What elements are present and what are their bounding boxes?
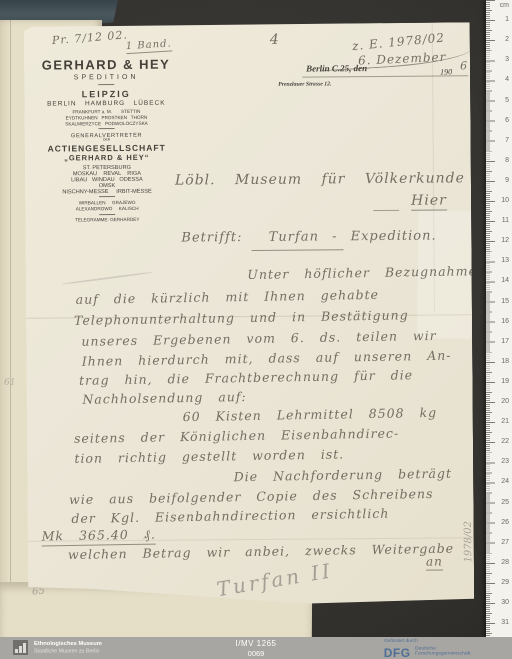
ruler-number: 20: [501, 398, 509, 405]
ruler-number: 19: [501, 378, 509, 385]
handwriting-line: Unter höflicher Bezugnahme: [247, 263, 477, 282]
ruler-number: 28: [501, 559, 509, 566]
ruler-number: 2: [505, 36, 509, 43]
ruler-number: 13: [501, 257, 509, 264]
ruler-number: 21: [501, 418, 509, 425]
ruler-number: 11: [502, 217, 509, 224]
ruler-number: 18: [501, 358, 509, 365]
ruler-number: 24: [501, 478, 509, 485]
handwriting-line: auf die kürzlich mit Ihnen gehabte: [76, 287, 380, 307]
handwriting-line: Nachholsendung auf:: [82, 389, 247, 407]
ruler-number: 14: [501, 277, 509, 284]
shelfmark-block: I/MV 1265 0069: [236, 639, 277, 658]
handwriting-line: Telephonunterhaltung und in Bestätigung: [74, 307, 409, 328]
ruler-number: 7: [505, 137, 509, 144]
museum-name-line1: Ethnologisches Museum: [34, 640, 105, 647]
ruler-number: 25: [501, 499, 509, 506]
funder-name-line2: Forschungsgemeinschaft: [415, 651, 470, 656]
handwriting-line: der Kgl. Eisenbahndirection ersichtlich: [71, 506, 389, 526]
ruler-number: 5: [505, 97, 509, 104]
shelfmark: I/MV 1265: [236, 639, 277, 648]
handwriting-line: tion richtig gestellt worden ist.: [74, 446, 344, 465]
museum-name: Ethnologisches Museum Staatliche Museen …: [34, 640, 133, 657]
handwriting-line: unseres Ergebenen vom 6. ds. teilen wir: [81, 328, 436, 349]
ruler-number: 12: [501, 237, 509, 244]
funder-caption: Gefördert durch: [384, 638, 456, 643]
letter-sheet: Pr. 7/12 02. 1 Band. 4 z. E. 1978/02 GER…: [24, 22, 475, 605]
ruler-number: 27: [501, 539, 509, 546]
ruler-number: 23: [501, 458, 509, 465]
ruler-number: 6: [505, 117, 509, 124]
ruler-ticks-cm: [486, 0, 495, 637]
ruler-number: 26: [501, 519, 509, 526]
ruler-number: 8: [505, 157, 509, 164]
ruler-number: 15: [501, 298, 509, 305]
ruler-unit-label: cm: [500, 2, 509, 9]
handwriting-line: 60 Kisten Lehrmittel 8508 kg: [183, 405, 438, 424]
funder-name: Deutsche Forschungsgemeinschaft: [415, 646, 504, 659]
handwriting-line: Mk 365.40 ₰.: [42, 527, 157, 547]
museum-logo-glyph: [15, 642, 26, 653]
body-lines: Unter höflicher Bezugnahmeauf die kürzli…: [21, 20, 477, 607]
ruler-number: 4: [505, 76, 509, 83]
handwriting-line: seitens der Königlichen Eisenbahndirec-: [74, 426, 399, 446]
image-number: 0069: [236, 649, 277, 658]
ruler-number: 16: [501, 318, 509, 325]
handwriting-line: Ihnen hierdurch mit, dass auf unseren An…: [82, 348, 452, 369]
ruler-number: 22: [501, 438, 509, 445]
ruler-number: 3: [505, 56, 509, 63]
page-edge-line: [10, 20, 11, 637]
ruler-number: 17: [501, 338, 509, 345]
handwriting-line: Die Nachforderung beträgt: [234, 466, 453, 485]
side-file-number: 1978/02: [463, 521, 474, 563]
ruler-number: 1: [505, 16, 509, 23]
handwriting-line: trag hin, die Frachtberechnung für die: [79, 367, 413, 388]
funder-block: Gefördert durch DFG Deutsche Forschungsg…: [384, 638, 504, 659]
dfg-logo: DFG: [384, 646, 411, 659]
ruler-number: 29: [501, 579, 509, 586]
ruler-number: 9: [505, 177, 509, 184]
ruler-number: 31: [501, 619, 509, 626]
ruler: cm 1234567891011121314151617181920212223…: [486, 0, 512, 637]
pencil-note-left: 61: [4, 378, 15, 388]
continuation-word: an: [426, 554, 443, 570]
museum-logo: [13, 640, 28, 655]
ruler-number: 10: [501, 197, 509, 204]
archive-footer-bar: Ethnologisches Museum Staatliche Museen …: [0, 637, 512, 659]
photo-background: 61 65 Pr. 7/12 02. 1 Band. 4 z. E. 1978/…: [0, 0, 512, 659]
museum-name-line2: Staatliche Museen zu Berlin: [34, 648, 99, 654]
handwriting-line: wie aus beifolgender Copie des Schreiben…: [69, 486, 434, 507]
ruler-number: 30: [501, 599, 509, 606]
